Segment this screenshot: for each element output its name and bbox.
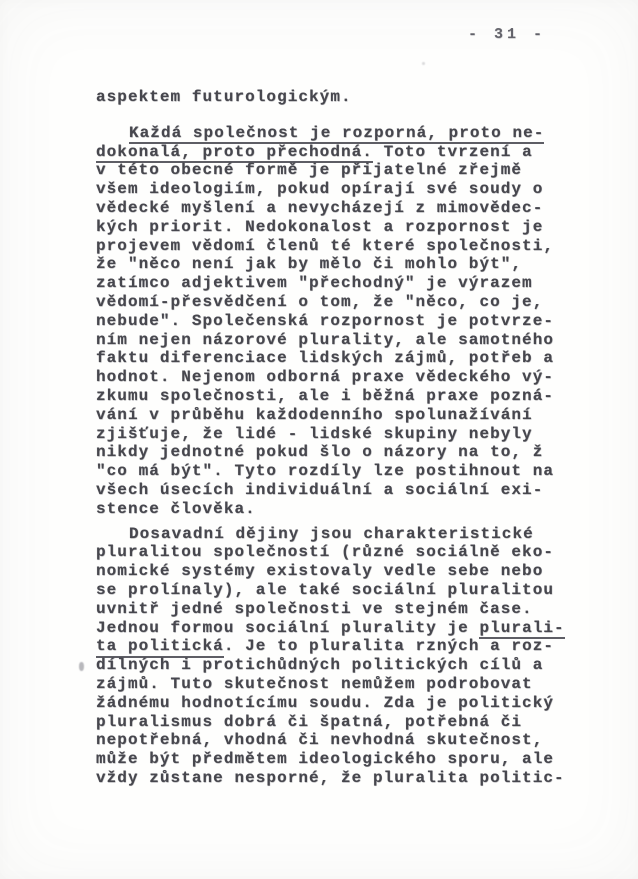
text-segment: vědecké myšlení a nevycházejí z mimověde… — [96, 199, 543, 217]
text-segment: všem ideologiím, pokud opírají své soudy… — [96, 180, 543, 198]
text-line: nepotřebná, vhodná či nevhodná skutečnos… — [96, 731, 578, 750]
text-segment: žádnému hodnotícímu soudu. Zda je politi… — [96, 694, 554, 712]
text-segment: zájmů. Tuto skutečnost nemůžem podrobova… — [96, 675, 533, 693]
text-segment: projevem vědomí členů té které společnos… — [96, 237, 554, 255]
text-segment: uvnitř jedné společnosti ve stejném čase… — [96, 600, 533, 618]
text-line: může být předmětem ideologického sporu, … — [96, 750, 578, 769]
text-segment: nomické systémy existovaly vedle sebe ne… — [96, 562, 543, 580]
text-segment: dílných i protichůdných politických cílů… — [96, 656, 543, 674]
text-line: zájmů. Tuto skutečnost nemůžem podrobova… — [96, 675, 578, 694]
text-line: vědecké myšlení a nevycházejí z mimověde… — [96, 199, 578, 218]
text-segment: nepotřebná, vhodná či nevhodná skutečnos… — [96, 731, 543, 749]
text-segment: pluralitou společností (různé sociálně e… — [96, 543, 554, 561]
text-line: Každá společnost je rozporná, proto ne- — [96, 124, 578, 143]
underlined-text: ta politická — [96, 637, 224, 658]
text-line: projevem vědomí členů té které společnos… — [96, 237, 578, 256]
text-line: dokonalá, proto přechodná. Toto tvrzení … — [96, 143, 578, 162]
body-text: aspektem futurologickým.Každá společnost… — [96, 88, 578, 788]
text-line: všech úsecích individuální a sociální ex… — [96, 481, 578, 500]
text-line: zkumu společnosti, ale i běžná praxe poz… — [96, 387, 578, 406]
text-line: vání v průběhu každodenního spolunažíván… — [96, 406, 578, 425]
text-segment: že "něco není jak by mělo či mohlo být", — [96, 255, 522, 273]
text-segment: Toto tvrzení a — [373, 143, 533, 161]
text-segment: ním nejen názorové plurality, ale samotn… — [96, 331, 554, 349]
text-segment: . Je to pluralita rzných a roz- — [224, 637, 554, 655]
text-segment: aspektem futurologickým. — [96, 88, 352, 106]
text-line: faktu diferenciace lidských zájmů, potře… — [96, 349, 578, 368]
text-line: dílných i protichůdných politických cílů… — [96, 656, 578, 675]
text-line: hodnot. Nejenom odborná praxe vědeckého … — [96, 368, 578, 387]
scan-speck — [422, 62, 425, 65]
text-segment: kých priorit. Nedokonalost a rozpornost … — [96, 218, 543, 236]
text-line: aspektem futurologickým. — [96, 88, 578, 107]
text-segment: Dosavadní dějiny jsou charakteristické — [129, 525, 534, 543]
text-line: vždy zůstane nesporné, že pluralita poli… — [96, 769, 578, 788]
text-segment: vždy zůstane nesporné, že pluralita poli… — [96, 769, 565, 787]
text-line: se prolínaly), ale také sociální plurali… — [96, 581, 578, 600]
text-segment: hodnot. Nejenom odborná praxe vědeckého … — [96, 368, 554, 386]
text-line: nomické systémy existovaly vedle sebe ne… — [96, 562, 578, 581]
text-line: uvnitř jedné společnosti ve stejném čase… — [96, 600, 578, 619]
text-segment: "co má být". Tyto rozdíly lze postihnout… — [96, 462, 554, 480]
paragraph: Každá společnost je rozporná, proto ne-d… — [96, 124, 578, 519]
text-segment: faktu diferenciace lidských zájmů, potře… — [96, 349, 554, 367]
page-number: - 31 - — [96, 26, 558, 43]
paragraph: aspektem futurologickým. — [96, 88, 578, 107]
text-segment: stence člověka. — [96, 500, 256, 518]
text-line: stence člověka. — [96, 500, 578, 519]
text-line: kých priorit. Nedokonalost a rozpornost … — [96, 218, 578, 237]
text-line: nikdy jednotné pokud šlo o názory na to,… — [96, 443, 578, 462]
paragraph: Dosavadní dějiny jsou charakteristicképl… — [96, 525, 578, 788]
document-page: - 31 - aspektem futurologickým.Každá spo… — [0, 0, 638, 879]
underlined-text: plurali- — [479, 619, 564, 640]
text-line: všem ideologiím, pokud opírají své soudy… — [96, 180, 578, 199]
underlined-text: dokonalá, proto přechodná. — [96, 143, 373, 164]
text-segment: nikdy jednotné pokud šlo o názory na to,… — [96, 443, 543, 461]
text-line: nebude". Společenská rozpornost je potvr… — [96, 312, 578, 331]
text-segment: zjišťuje, že lidé - lidské skupiny nebyl… — [96, 425, 533, 443]
text-line: zjišťuje, že lidé - lidské skupiny nebyl… — [96, 425, 578, 444]
underlined-text: Každá společnost je rozporná, proto ne- — [129, 124, 544, 145]
text-segment: nebude". Společenská rozpornost je potvr… — [96, 312, 554, 330]
text-segment: vání v průběhu každodenního spolunažíván… — [96, 406, 533, 424]
text-segment: může být předmětem ideologického sporu, … — [96, 750, 554, 768]
text-segment: v této obecné formě je přijatelné zřejmě — [96, 161, 522, 179]
text-line: ním nejen názorové plurality, ale samotn… — [96, 331, 578, 350]
text-line: vědomí-přesvědčení o tom, že "něco, co j… — [96, 293, 578, 312]
text-line: Dosavadní dějiny jsou charakteristické — [96, 525, 578, 544]
text-segment: Jednou formou sociální plurality je — [96, 619, 479, 637]
text-segment: zatímco adjektivem "přechodný" je výraze… — [96, 274, 533, 292]
text-segment: vědomí-přesvědčení o tom, že "něco, co j… — [96, 293, 543, 311]
text-segment: se prolínaly), ale také sociální plurali… — [96, 581, 554, 599]
text-line: pluralismus dobrá či špatná, potřebná či — [96, 713, 578, 732]
scan-speck — [79, 662, 84, 671]
text-line: v této obecné formě je přijatelné zřejmě — [96, 161, 578, 180]
text-line: žádnému hodnotícímu soudu. Zda je politi… — [96, 694, 578, 713]
text-segment: všech úsecích individuální a sociální ex… — [96, 481, 543, 499]
text-line: "co má být". Tyto rozdíly lze postihnout… — [96, 462, 578, 481]
text-line: že "něco není jak by mělo či mohlo být", — [96, 255, 578, 274]
text-line: zatímco adjektivem "přechodný" je výraze… — [96, 274, 578, 293]
text-line: Jednou formou sociální plurality je plur… — [96, 619, 578, 638]
text-segment: zkumu společnosti, ale i běžná praxe poz… — [96, 387, 554, 405]
text-segment: pluralismus dobrá či špatná, potřebná či — [96, 713, 522, 731]
text-line: pluralitou společností (různé sociálně e… — [96, 543, 578, 562]
text-line: ta politická. Je to pluralita rzných a r… — [96, 637, 578, 656]
